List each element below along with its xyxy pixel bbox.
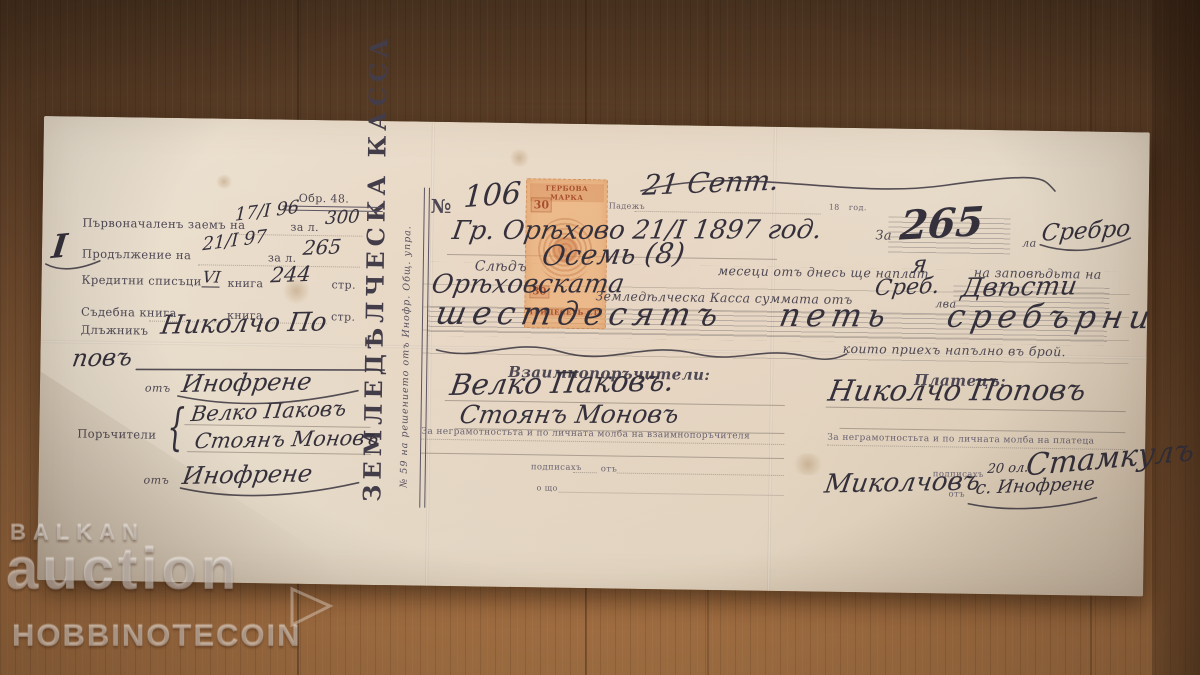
watermark-main-text: auction xyxy=(6,536,240,603)
witness-label: о що xyxy=(536,483,557,492)
continuation-amount-handwritten: 265 xyxy=(302,234,343,260)
signed-date-handwritten: 20 ол. xyxy=(987,460,1029,477)
guarantors-brace: { xyxy=(167,398,185,456)
year-prefix-label: 18 xyxy=(829,203,840,212)
witness-signature-2: Миколчовъ xyxy=(822,466,982,499)
foxing-spot xyxy=(215,175,233,189)
wood-seam xyxy=(1152,0,1200,675)
page-label: стр. xyxy=(331,310,356,323)
stamp-value: 30 xyxy=(531,197,553,212)
debtor-label: Длъжникъ xyxy=(81,323,149,338)
debtor-village-handwritten: Инофрене xyxy=(180,367,314,398)
continuation-roman-numeral: I xyxy=(50,226,70,266)
guarantor-1-handwritten: Велко Паковъ xyxy=(189,396,348,426)
guarantor-village-handwritten: Инофрене xyxy=(180,459,314,490)
foxing-spot xyxy=(791,453,825,476)
credit-book-numeral-handwritten: VI xyxy=(201,267,221,287)
form-rule-line xyxy=(421,453,784,459)
form-rule-line xyxy=(558,492,783,496)
term-months-handwritten: Осемь (8) xyxy=(540,236,687,272)
co-guarantor-2-signature: Стоянъ Моновъ xyxy=(457,400,681,430)
due-date-label: Падежъ xyxy=(609,201,645,211)
credit-lists-label: Кредитни списъци xyxy=(81,273,201,289)
leva-unit-label: ла xyxy=(1022,237,1037,250)
due-date-handwritten: 21 Септ. xyxy=(641,164,781,202)
book-label: книга xyxy=(227,277,263,291)
debtor-name-continued-handwritten: повъ xyxy=(70,343,134,372)
for-leva-label: за л. xyxy=(290,221,319,234)
payer-name-signature: Николчо Поповъ xyxy=(826,373,1089,408)
form-rule-line xyxy=(573,472,597,473)
continuation-label: Продължение на xyxy=(82,247,192,263)
form-rule-line xyxy=(617,473,784,476)
from-label: отъ xyxy=(601,464,618,474)
photo-scene: ЗЕМЛЕДѢЛЧЕСКА КАССА № 59 на решението от… xyxy=(0,0,1200,675)
witness-village-handwritten: с. Инофрене xyxy=(974,473,1096,499)
watermark-sub-text: HOBBINOTECOIN xyxy=(12,618,302,654)
amount-words-2-handwritten: шестдесятъ петь сребърни xyxy=(433,294,1159,336)
form-number-label: Обр. 48. xyxy=(299,192,350,206)
currency-handwritten: Сребро xyxy=(1040,216,1132,247)
from-label: отъ xyxy=(145,382,171,395)
note-number-sign: № xyxy=(431,196,452,218)
promissory-note-document: ЗЕМЛЕДѢЛЧЕСКА КАССА № 59 на решението от… xyxy=(37,116,1150,596)
co-guarantor-1-signature: Велко Паковъ. xyxy=(448,363,677,402)
from-label: отъ xyxy=(144,474,170,487)
debtor-name-handwritten: Николчо По xyxy=(159,307,329,340)
guarantor-2-handwritten: Стоянъ Моновъ xyxy=(193,425,381,453)
initial-loan-amount-handwritten: 300 xyxy=(324,206,360,229)
initial-loan-label: Първоначаленъ заемъ на xyxy=(82,216,245,232)
credit-page-handwritten: 244 xyxy=(269,262,312,288)
foxing-spot xyxy=(508,149,530,167)
guarantors-label: Поръчители xyxy=(77,427,156,442)
sum-figure-handwritten: 265 xyxy=(898,198,985,250)
form-rule-line xyxy=(839,428,1125,433)
bank-masthead-note: № 59 на решението отъ Инофр. Общ. упра. xyxy=(398,211,416,501)
sum-label: За xyxy=(875,228,892,243)
year-suffix-label: год. xyxy=(849,203,867,212)
page-label: стр. xyxy=(331,278,356,291)
note-number-handwritten: 106 xyxy=(463,176,522,215)
due-date-rule xyxy=(635,211,821,215)
bank-masthead-vertical: ЗЕМЛЕДѢЛЧЕСКА КАССА xyxy=(357,192,398,502)
